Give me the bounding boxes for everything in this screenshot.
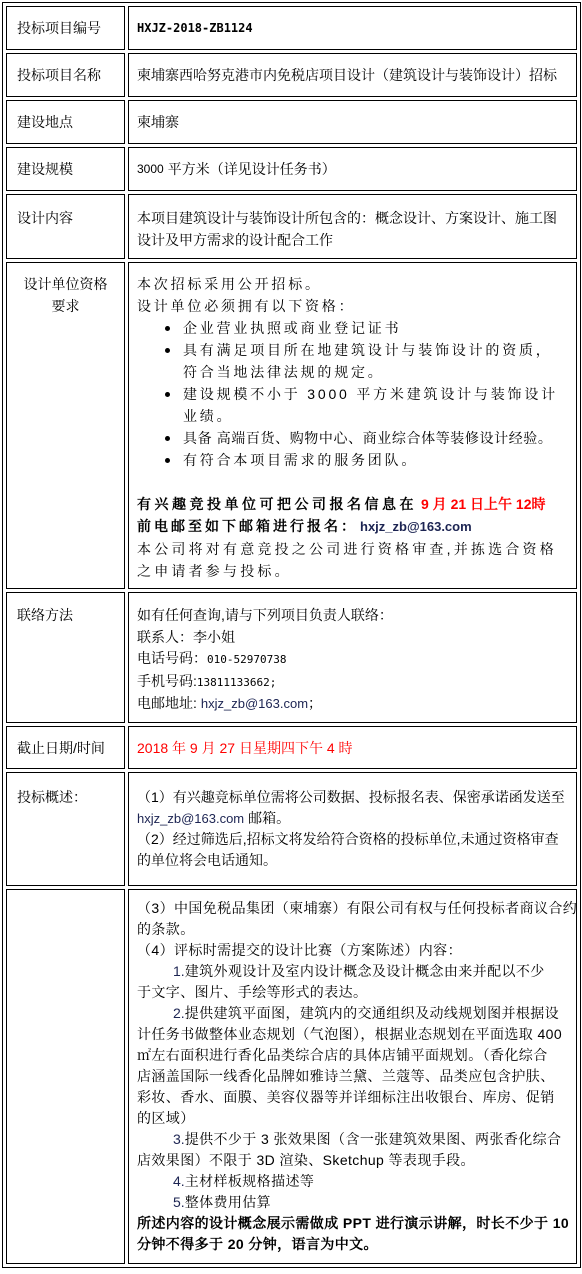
terms-item-4-heading: （4）评标时需提交的设计比赛（方案陈述）内容： (137, 940, 576, 961)
label-overview: 投标概述： (17, 789, 87, 805)
label-qualification-line: 设计单位资格 (7, 273, 124, 295)
row-design-content: 设计内容 本项目建筑设计与装饰设计所包含的：概念设计、方案设计、施工图 设计及甲… (6, 194, 577, 259)
scale-unit-text: 平方米（详见设计任务书） (168, 159, 336, 179)
overview-item-1-email-line: hxjz_zb@163.com邮箱。 (137, 808, 576, 829)
row-project-number: 投标项目编号 HXJZ-2018-ZB1124 (6, 6, 577, 50)
deliverable-first-line: 2.提供建筑平面图，建筑内的交通组织及动线规划图并根据设 (137, 1003, 576, 1024)
contact-person-label: 联系人： (137, 629, 193, 645)
row-deadline: 截止日期/时间 2018 年 9 月 27 日星期四下午 4 時 (6, 726, 577, 769)
design-content-line: 本项目建筑设计与装饰设计所包含的：概念设计、方案设计、施工图 (137, 207, 576, 229)
value-cell-deadline: 2018 年 9 月 27 日星期四下午 4 時 (128, 726, 577, 769)
label-cell-terms-empty (6, 889, 125, 1264)
deliverable-number: 5. (173, 1194, 185, 1210)
value-cell-location: 柬埔寨 (128, 100, 577, 144)
bullet-icon (165, 392, 170, 397)
registration-line-2: 前电邮至如下邮箱进行报名：hxjz_zb@163.com (137, 515, 576, 538)
registration-deadline: 9 月 21 日上午 12時 (421, 496, 546, 512)
deliverable-text: 店涵盖国际一线香化品牌如雅诗兰黛、兰蔻等、品类应包含护肤、 (137, 1066, 576, 1087)
contact-mobile-number: 13811133662; (197, 676, 276, 689)
registration-text: 有兴趣竞投单位可把公司报名信息在 (137, 496, 417, 512)
deliverable-number: 2. (173, 1005, 185, 1021)
bullet-icon (165, 348, 170, 353)
row-scale: 建设规模 3000平方米（详见设计任务书） (6, 147, 577, 191)
label-qualification-line: 要求 (7, 295, 124, 317)
row-terms: （3）中国免税品集团（柬埔寨）有限公司有权与任何投标者商议合约 的条款。 （4）… (6, 889, 577, 1264)
deliverable-first-line: 3.提供不少于 3 张效果图（含一张建筑效果图、两张香化综合 (137, 1129, 576, 1150)
terms-item-3-line: （3）中国免税品集团（柬埔寨）有限公司有权与任何投标者商议合约 (137, 898, 576, 919)
deadline-datetime: 2018 年 9 月 27 日星期四下午 4 時 (137, 738, 353, 758)
contact-email-label: 电邮地址: (137, 695, 197, 711)
deliverable-number: 1. (173, 963, 185, 979)
deliverable-5: 5.整体费用估算 (137, 1192, 576, 1213)
list-item: 具备 高端百货、购物中心、商业综合体等装修设计经验。 (137, 427, 576, 449)
tender-info-table: 投标项目编号 HXJZ-2018-ZB1124 投标项目名称 柬埔寨西哈努克港市… (2, 2, 581, 1268)
contact-email-address: hxjz_zb@163.com (201, 696, 308, 711)
label-location: 建设地点 (17, 112, 73, 132)
contact-phone-number: 010-52970738 (207, 653, 286, 666)
row-project-name: 投标项目名称 柬埔寨西哈努克港市内免税店项目设计（建筑设计与装饰设计）招标 (6, 53, 577, 97)
deliverable-text: 于文字、图片、手绘等形式的表达。 (137, 982, 576, 1003)
requirement-text: 具有满足项目所在地建筑设计与装饰设计的资质， (183, 339, 576, 361)
value-cell-scale: 3000平方米（详见设计任务书） (128, 147, 577, 191)
contact-email-line: 电邮地址:hxjz_zb@163.com； (137, 693, 576, 715)
registration-line-1: 有兴趣竞投单位可把公司报名信息在9 月 21 日上午 12時 (137, 493, 576, 515)
overview-item-2-line: 的单位将会电话通知。 (137, 850, 576, 871)
label-cell-deadline: 截止日期/时间 (6, 726, 125, 769)
review-note-line: 本公司将对有意竞投之公司进行资格审查,并拣选合资格 (137, 538, 576, 560)
label-project-number: 投标项目编号 (17, 18, 101, 38)
requirement-text: 有符合本项目需求的服务团队。 (183, 449, 576, 471)
label-cell-project-number: 投标项目编号 (6, 6, 125, 50)
contact-email-suffix: ； (308, 695, 322, 711)
value-cell-terms: （3）中国免税品集团（柬埔寨）有限公司有权与任何投标者商议合约 的条款。 （4）… (128, 889, 577, 1264)
label-cell-overview: 投标概述： (6, 772, 125, 886)
project-name-text: 柬埔寨西哈努克港市内免税店项目设计（建筑设计与装饰设计）招标 (137, 65, 557, 85)
contact-mobile-line: 手机号码:13811133662; (137, 671, 576, 694)
deliverable-3: 3.提供不少于 3 张效果图（含一张建筑效果图、两张香化综合 店效果图）不限于 … (137, 1129, 576, 1171)
value-cell-contact: 如有任何查询,请与下列项目负责人联络： 联系人：李小姐 电话号码：010-529… (128, 592, 577, 723)
value-cell-qualification: 本次招标采用公开招标。 设计单位必须拥有以下资格： 企业营业执照或商业登记证书 … (128, 262, 577, 589)
deliverable-number: 3. (173, 1131, 185, 1147)
deliverable-text: 建筑外观设计及室内设计概念及设计概念由来并配以不少 (185, 963, 545, 979)
overview-email-suffix: 邮箱。 (248, 810, 290, 826)
row-overview: 投标概述： （1）有兴趣竞标单位需将公司数据、投标报名表、保密承诺函发送至 hx… (6, 772, 577, 886)
deliverable-4: 4.主材样板规格描述等 (137, 1171, 576, 1192)
contact-intro: 如有任何查询,请与下列项目负责人联络： (137, 605, 576, 627)
location-text: 柬埔寨 (137, 112, 179, 132)
label-scale: 建设规模 (17, 159, 73, 179)
scale-area-number: 3000 (137, 162, 164, 176)
requirement-text: 建设规模不小于 3000 平方米建筑设计与装饰设计 (183, 383, 576, 405)
deliverable-number: 4. (173, 1173, 185, 1189)
deliverable-1: 1.建筑外观设计及室内设计概念及设计概念由来并配以不少 于文字、图片、手绘等形式… (137, 961, 576, 1003)
deliverable-first-line: 4.主材样板规格描述等 (137, 1171, 576, 1192)
label-cell-qualification: 设计单位资格 要求 (6, 262, 125, 589)
qualification-intro: 本次招标采用公开招标。 (137, 273, 576, 295)
registration-email: hxjz_zb@163.com (360, 519, 472, 534)
value-cell-project-name: 柬埔寨西哈努克港市内免税店项目设计（建筑设计与装饰设计）招标 (128, 53, 577, 97)
requirement-text: 符合当地法律法规的规定。 (183, 361, 576, 383)
presentation-requirement-line: 所述内容的设计概念展示需做成 PPT 进行演示讲解，时长不少于 10 (137, 1213, 576, 1234)
requirement-text: 业绩。 (183, 405, 576, 427)
contact-person-name: 李小姐 (193, 629, 235, 645)
deliverable-first-line: 1.建筑外观设计及室内设计概念及设计概念由来并配以不少 (137, 961, 576, 982)
label-cell-design-content: 设计内容 (6, 194, 125, 259)
deliverable-2: 2.提供建筑平面图，建筑内的交通组织及动线规划图并根据设 计任务书做整体业态规划… (137, 1003, 576, 1129)
overview-item-1-line: （1）有兴趣竞标单位需将公司数据、投标报名表、保密承诺函发送至 (137, 787, 576, 808)
contact-phone-line: 电话号码：010-52970738 (137, 648, 576, 671)
registration-notice: 有兴趣竞投单位可把公司报名信息在9 月 21 日上午 12時 前电邮至如下邮箱进… (137, 493, 576, 538)
bullet-icon (165, 326, 170, 331)
label-cell-project-name: 投标项目名称 (6, 53, 125, 97)
presentation-requirement-line: 分钟不得多于 20 分钟，语言为中文。 (137, 1234, 576, 1255)
value-cell-project-number: HXJZ-2018-ZB1124 (128, 6, 577, 50)
overview-item-2-line: （2）经过筛选后,招标文将发给符合资格的投标单位,未通过资格审查 (137, 829, 576, 850)
label-cell-contact: 联络方法 (6, 592, 125, 723)
review-note-line: 之申请者参与投标。 (137, 560, 576, 582)
contact-mobile-label: 手机号码: (137, 673, 197, 689)
label-cell-scale: 建设规模 (6, 147, 125, 191)
label-deadline: 截止日期/时间 (17, 738, 105, 758)
bullet-icon (165, 436, 170, 441)
list-item: 具有满足项目所在地建筑设计与装饰设计的资质， 符合当地法律法规的规定。 (137, 339, 576, 383)
requirement-text: 企业营业执照或商业登记证书 (183, 317, 576, 339)
value-cell-overview: （1）有兴趣竞标单位需将公司数据、投标报名表、保密承诺函发送至 hxjz_zb@… (128, 772, 577, 886)
list-item: 建设规模不小于 3000 平方米建筑设计与装饰设计 业绩。 (137, 383, 576, 427)
overview-email: hxjz_zb@163.com (137, 811, 244, 826)
bullet-icon (165, 458, 170, 463)
deliverable-text: 的区域） (137, 1108, 576, 1129)
row-location: 建设地点 柬埔寨 (6, 100, 577, 144)
deliverable-text: 提供建筑平面图，建筑内的交通组织及动线规划图并根据设 (185, 1005, 559, 1021)
terms-item-3-line: 的条款。 (137, 919, 576, 940)
label-design-content: 设计内容 (17, 210, 73, 226)
deliverable-first-line: 5.整体费用估算 (137, 1192, 576, 1213)
contact-phone-label: 电话号码： (137, 650, 207, 666)
list-item: 企业营业执照或商业登记证书 (137, 317, 576, 339)
row-contact: 联络方法 如有任何查询,请与下列项目负责人联络： 联系人：李小姐 电话号码：01… (6, 592, 577, 723)
value-cell-design-content: 本项目建筑设计与装饰设计所包含的：概念设计、方案设计、施工图 设计及甲方需求的设… (128, 194, 577, 259)
deliverable-text: 主材样板规格描述等 (185, 1173, 315, 1189)
requirement-text: 具备 高端百货、购物中心、商业综合体等装修设计经验。 (183, 427, 576, 449)
list-item: 有符合本项目需求的服务团队。 (137, 449, 576, 471)
label-project-name: 投标项目名称 (17, 65, 101, 85)
project-number-code: HXJZ-2018-ZB1124 (137, 21, 253, 35)
deliverable-text: ㎡左右面积进行香化品类综合店的具体店铺平面规划。（香化综合 (137, 1045, 576, 1066)
deliverable-text: 提供不少于 3 张效果图（含一张建筑效果图、两张香化综合 (185, 1131, 562, 1147)
registration-text: 前电邮至如下邮箱进行报名： (137, 518, 358, 534)
design-content-line: 设计及甲方需求的设计配合工作 (137, 229, 576, 251)
qualification-heading: 设计单位必须拥有以下资格： (137, 295, 576, 317)
deliverable-text: 店效果图）不限于 3D 渲染、Sketchup 等表现手段。 (137, 1150, 576, 1171)
deliverable-text: 彩妆、香水、面膜、美容仪器等并详细标注出收银台、库房、促销 (137, 1087, 576, 1108)
row-qualification: 设计单位资格 要求 本次招标采用公开招标。 设计单位必须拥有以下资格： 企业营业… (6, 262, 577, 589)
label-cell-location: 建设地点 (6, 100, 125, 144)
requirements-list: 企业营业执照或商业登记证书 具有满足项目所在地建筑设计与装饰设计的资质， 符合当… (137, 317, 576, 471)
contact-person-line: 联系人：李小姐 (137, 627, 576, 649)
deliverable-text: 整体费用估算 (185, 1194, 271, 1210)
deliverable-text: 计任务书做整体业态规划（气泡图），根据业态规划在平面选取 400 (137, 1024, 576, 1045)
label-contact: 联络方法 (17, 607, 73, 623)
